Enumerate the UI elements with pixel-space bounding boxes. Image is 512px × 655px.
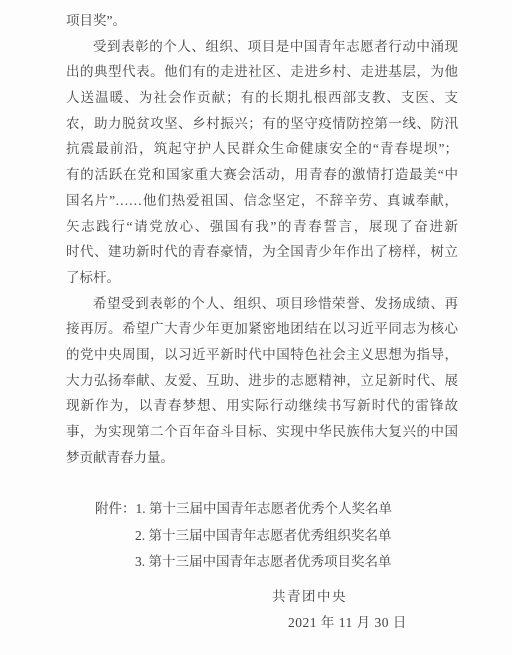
- text-line: 梦贡献青春力量。: [66, 445, 458, 471]
- attachment-block: 附件：1. 第十三届中国青年志愿者优秀个人奖名单 2. 第十三届中国青年志愿者优…: [66, 496, 458, 576]
- text-line: 抗震最前沿，筑起守护人民群众生命健康安全的“青春堤坝”；: [66, 136, 458, 162]
- attachment-item: 1. 第十三届中国青年志愿者优秀个人奖名单: [136, 501, 393, 516]
- text-line: 国名片”……他们热爱祖国、信念坚定，不辞辛劳、真诚奉献，: [66, 188, 458, 214]
- document-page: 项目奖”。 受到表彰的个人、组织、项目是中国青年志愿者行动中涌现 出的典型代表。…: [0, 0, 512, 655]
- text-line: 项目奖”。: [66, 8, 458, 34]
- text-line: 人送温暖、为社会作贡献；有的长期扎根西部支教、支医、支: [66, 85, 458, 111]
- text-line: 时代、建功新时代的青春豪情，为全国青少年作出了榜样，树立: [66, 239, 458, 265]
- text-line: 矢志践行“请党放心、强国有我”的青春誓言，展现了奋进新: [66, 214, 458, 240]
- attachment-item: 2. 第十三届中国青年志愿者优秀组织奖名单: [135, 528, 392, 543]
- text-line: 的党中央周围，以习近平新时代中国特色社会主义思想为指导，: [66, 342, 458, 368]
- text-line: 大力弘扬奉献、友爱、互助、进步的志愿精神，立足新时代、展: [66, 368, 458, 394]
- attachment-row: 附件：1. 第十三届中国青年志愿者优秀个人奖名单: [95, 496, 458, 523]
- text-line: 了标杆。: [66, 265, 458, 291]
- document-body: 项目奖”。 受到表彰的个人、组织、项目是中国青年志愿者行动中涌现 出的典型代表。…: [66, 8, 458, 637]
- attachment-row: 3. 第十三届中国青年志愿者优秀项目奖名单: [95, 549, 458, 576]
- sign-date: 2021 年 11 月 30 日: [66, 610, 458, 637]
- text-line: 接再厉。希望广大青少年更加紧密地团结在以习近平同志为核心: [66, 316, 458, 342]
- text-line: 出的典型代表。他们有的走进社区、走进乡村、走进基层，为他: [66, 59, 458, 85]
- signature-block: 共青团中央 2021 年 11 月 30 日: [66, 584, 458, 637]
- text-line: 受到表彰的个人、组织、项目是中国青年志愿者行动中涌现: [66, 34, 458, 60]
- text-line: 事，为实现第二个百年奋斗目标、实现中华民族伟大复兴的中国: [66, 419, 458, 445]
- text-line: 现新作为，以青春梦想、用实际行动继续书写新时代的雷锋故: [66, 393, 458, 419]
- signer-name: 共青团中央: [66, 584, 458, 611]
- attachment-label: 附件：: [95, 496, 136, 523]
- attachment-row: 2. 第十三届中国青年志愿者优秀组织奖名单: [95, 523, 458, 550]
- text-line: 农，助力脱贫攻坚、乡村振兴；有的坚守疫情防控第一线、防汛: [66, 111, 458, 137]
- text-line: 有的活跃在党和国家重大赛会活动，用青春的激情打造最美“中: [66, 162, 458, 188]
- attachment-item: 3. 第十三届中国青年志愿者优秀项目奖名单: [135, 554, 392, 569]
- text-line: 希望受到表彰的个人、组织、项目珍惜荣誉、发扬成绩、再: [66, 291, 458, 317]
